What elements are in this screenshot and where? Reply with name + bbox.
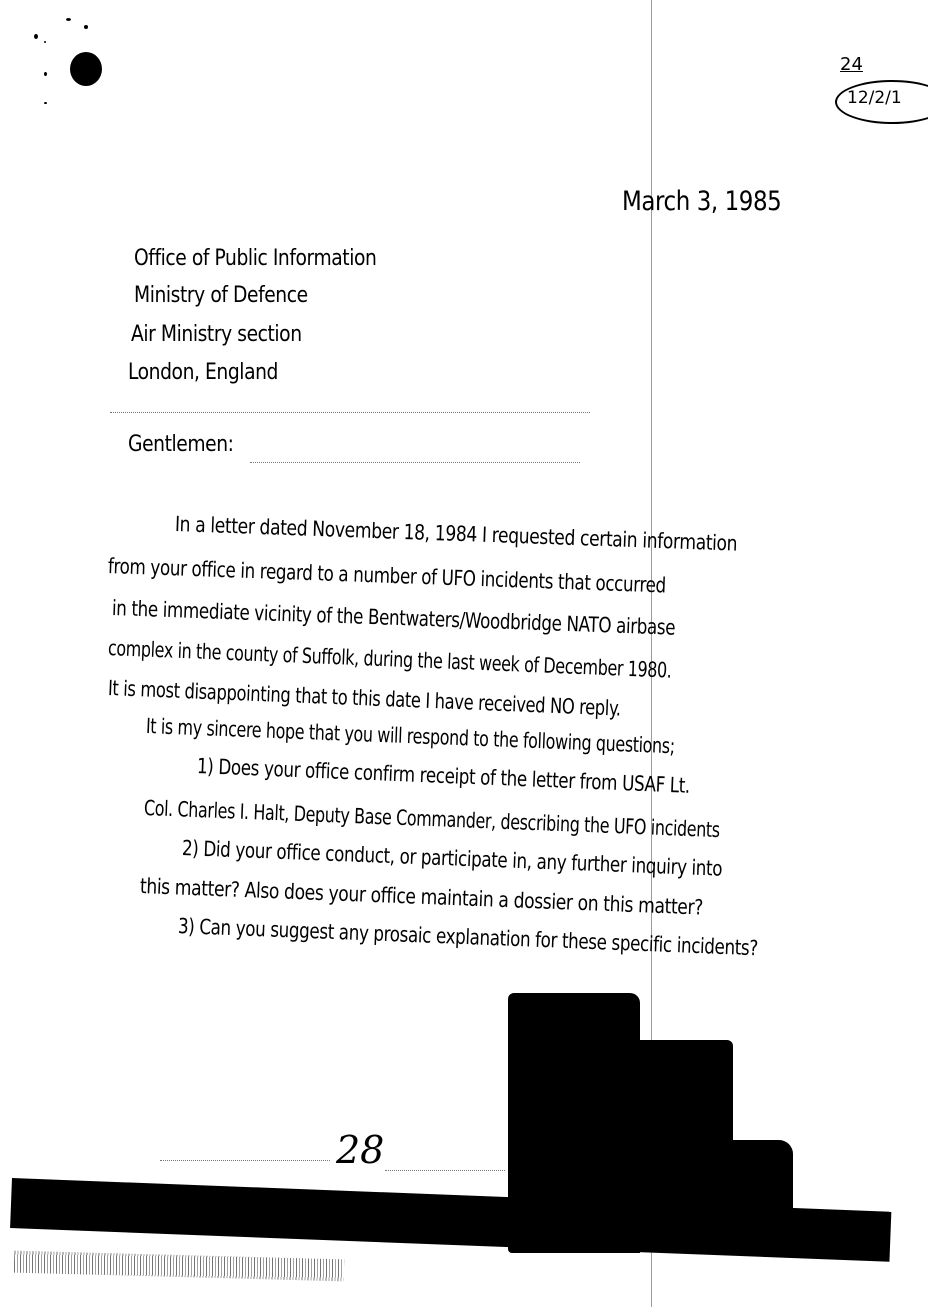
reference-circle: 12/2/1	[835, 80, 928, 124]
speck	[44, 41, 46, 43]
scan-artifact	[250, 462, 580, 463]
speck	[44, 72, 47, 76]
speck	[34, 34, 38, 39]
question-2-cont: this matter? Also does your office maint…	[140, 874, 704, 920]
reference-number: 12/2/1	[847, 88, 902, 108]
letter-date: March 3, 1985	[622, 186, 781, 217]
folio-number: 24	[840, 54, 863, 75]
salutation: Gentlemen:	[128, 432, 234, 457]
page-number: 28	[336, 1128, 384, 1172]
speck	[84, 25, 88, 29]
speck	[66, 18, 71, 21]
question-3: 3) Can you suggest any prosaic explanati…	[178, 914, 759, 960]
question-1-cont: Col. Charles I. Halt, Deputy Base Comman…	[144, 796, 721, 842]
body-line-1: In a letter dated November 18, 1984 I re…	[175, 512, 738, 556]
recipient-line-3: Air Ministry section	[131, 322, 302, 347]
body-line-6: It is my sincere hope that you will resp…	[146, 714, 676, 758]
scan-artifact	[110, 412, 590, 413]
recipient-line-1: Office of Public Information	[134, 246, 376, 271]
body-line-4: complex in the county of Suffolk, during…	[108, 636, 673, 683]
scan-artifact	[160, 1160, 330, 1161]
question-2: 2) Did your office conduct, or participa…	[182, 836, 723, 881]
body-line-5: It is most disappointing that to this da…	[108, 676, 622, 721]
recipient-line-4: London, England	[128, 360, 278, 385]
punch-hole	[70, 52, 102, 86]
body-line-3: in the immediate vicinity of the Bentwat…	[112, 596, 676, 640]
question-1: 1) Does your office confirm receipt of t…	[197, 754, 691, 798]
scan-artifact	[385, 1170, 505, 1171]
scan-noise	[14, 1251, 344, 1282]
body-line-2: from your office in regard to a number o…	[108, 554, 667, 597]
recipient-line-2: Ministry of Defence	[134, 283, 308, 308]
speck	[44, 102, 47, 104]
